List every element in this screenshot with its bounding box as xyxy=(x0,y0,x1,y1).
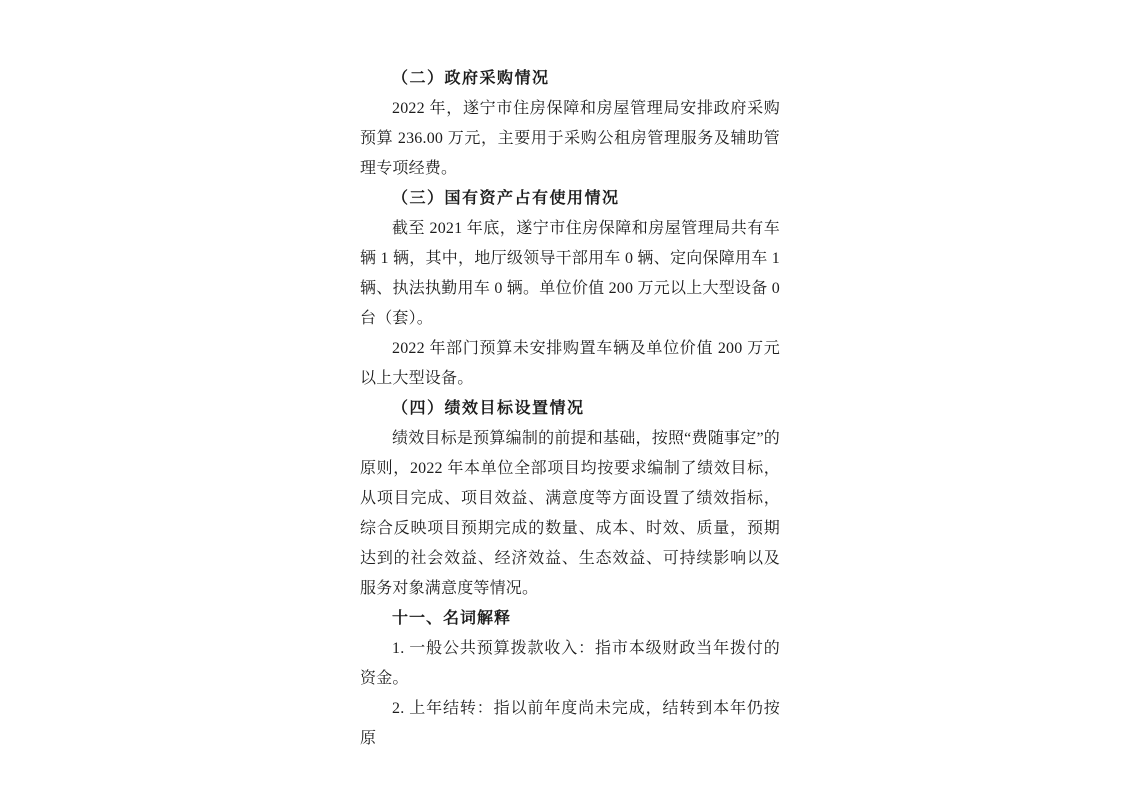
paragraph-performance-targets: 绩效目标是预算编制的前提和基础，按照“费随事定”的原则，2022 年本单位全部项… xyxy=(360,424,780,604)
paragraph-state-assets-vehicles: 截至 2021 年底，遂宁市住房保障和房屋管理局共有车辆 1 辆，其中，地厅级领… xyxy=(360,214,780,334)
paragraph-government-procurement: 2022 年，遂宁市住房保障和房屋管理局安排政府采购预算 236.00 万元，主… xyxy=(360,94,780,184)
section-heading-glossary: 十一、名词解释 xyxy=(360,604,780,634)
document-text-column: （二）政府采购情况 2022 年，遂宁市住房保障和房屋管理局安排政府采购预算 2… xyxy=(360,64,780,754)
paragraph-glossary-item-2: 2. 上年结转：指以前年度尚未完成，结转到本年仍按原 xyxy=(360,694,780,754)
paragraph-state-assets-budget: 2022 年部门预算未安排购置车辆及单位价值 200 万元以上大型设备。 xyxy=(360,334,780,394)
section-heading-performance-targets: （四）绩效目标设置情况 xyxy=(360,394,780,424)
section-heading-state-assets: （三）国有资产占有使用情况 xyxy=(360,184,780,214)
document-page: （二）政府采购情况 2022 年，遂宁市住房保障和房屋管理局安排政府采购预算 2… xyxy=(0,0,1122,793)
paragraph-glossary-item-1: 1. 一般公共预算拨款收入：指市本级财政当年拨付的资金。 xyxy=(360,634,780,694)
section-heading-government-procurement: （二）政府采购情况 xyxy=(360,64,780,94)
